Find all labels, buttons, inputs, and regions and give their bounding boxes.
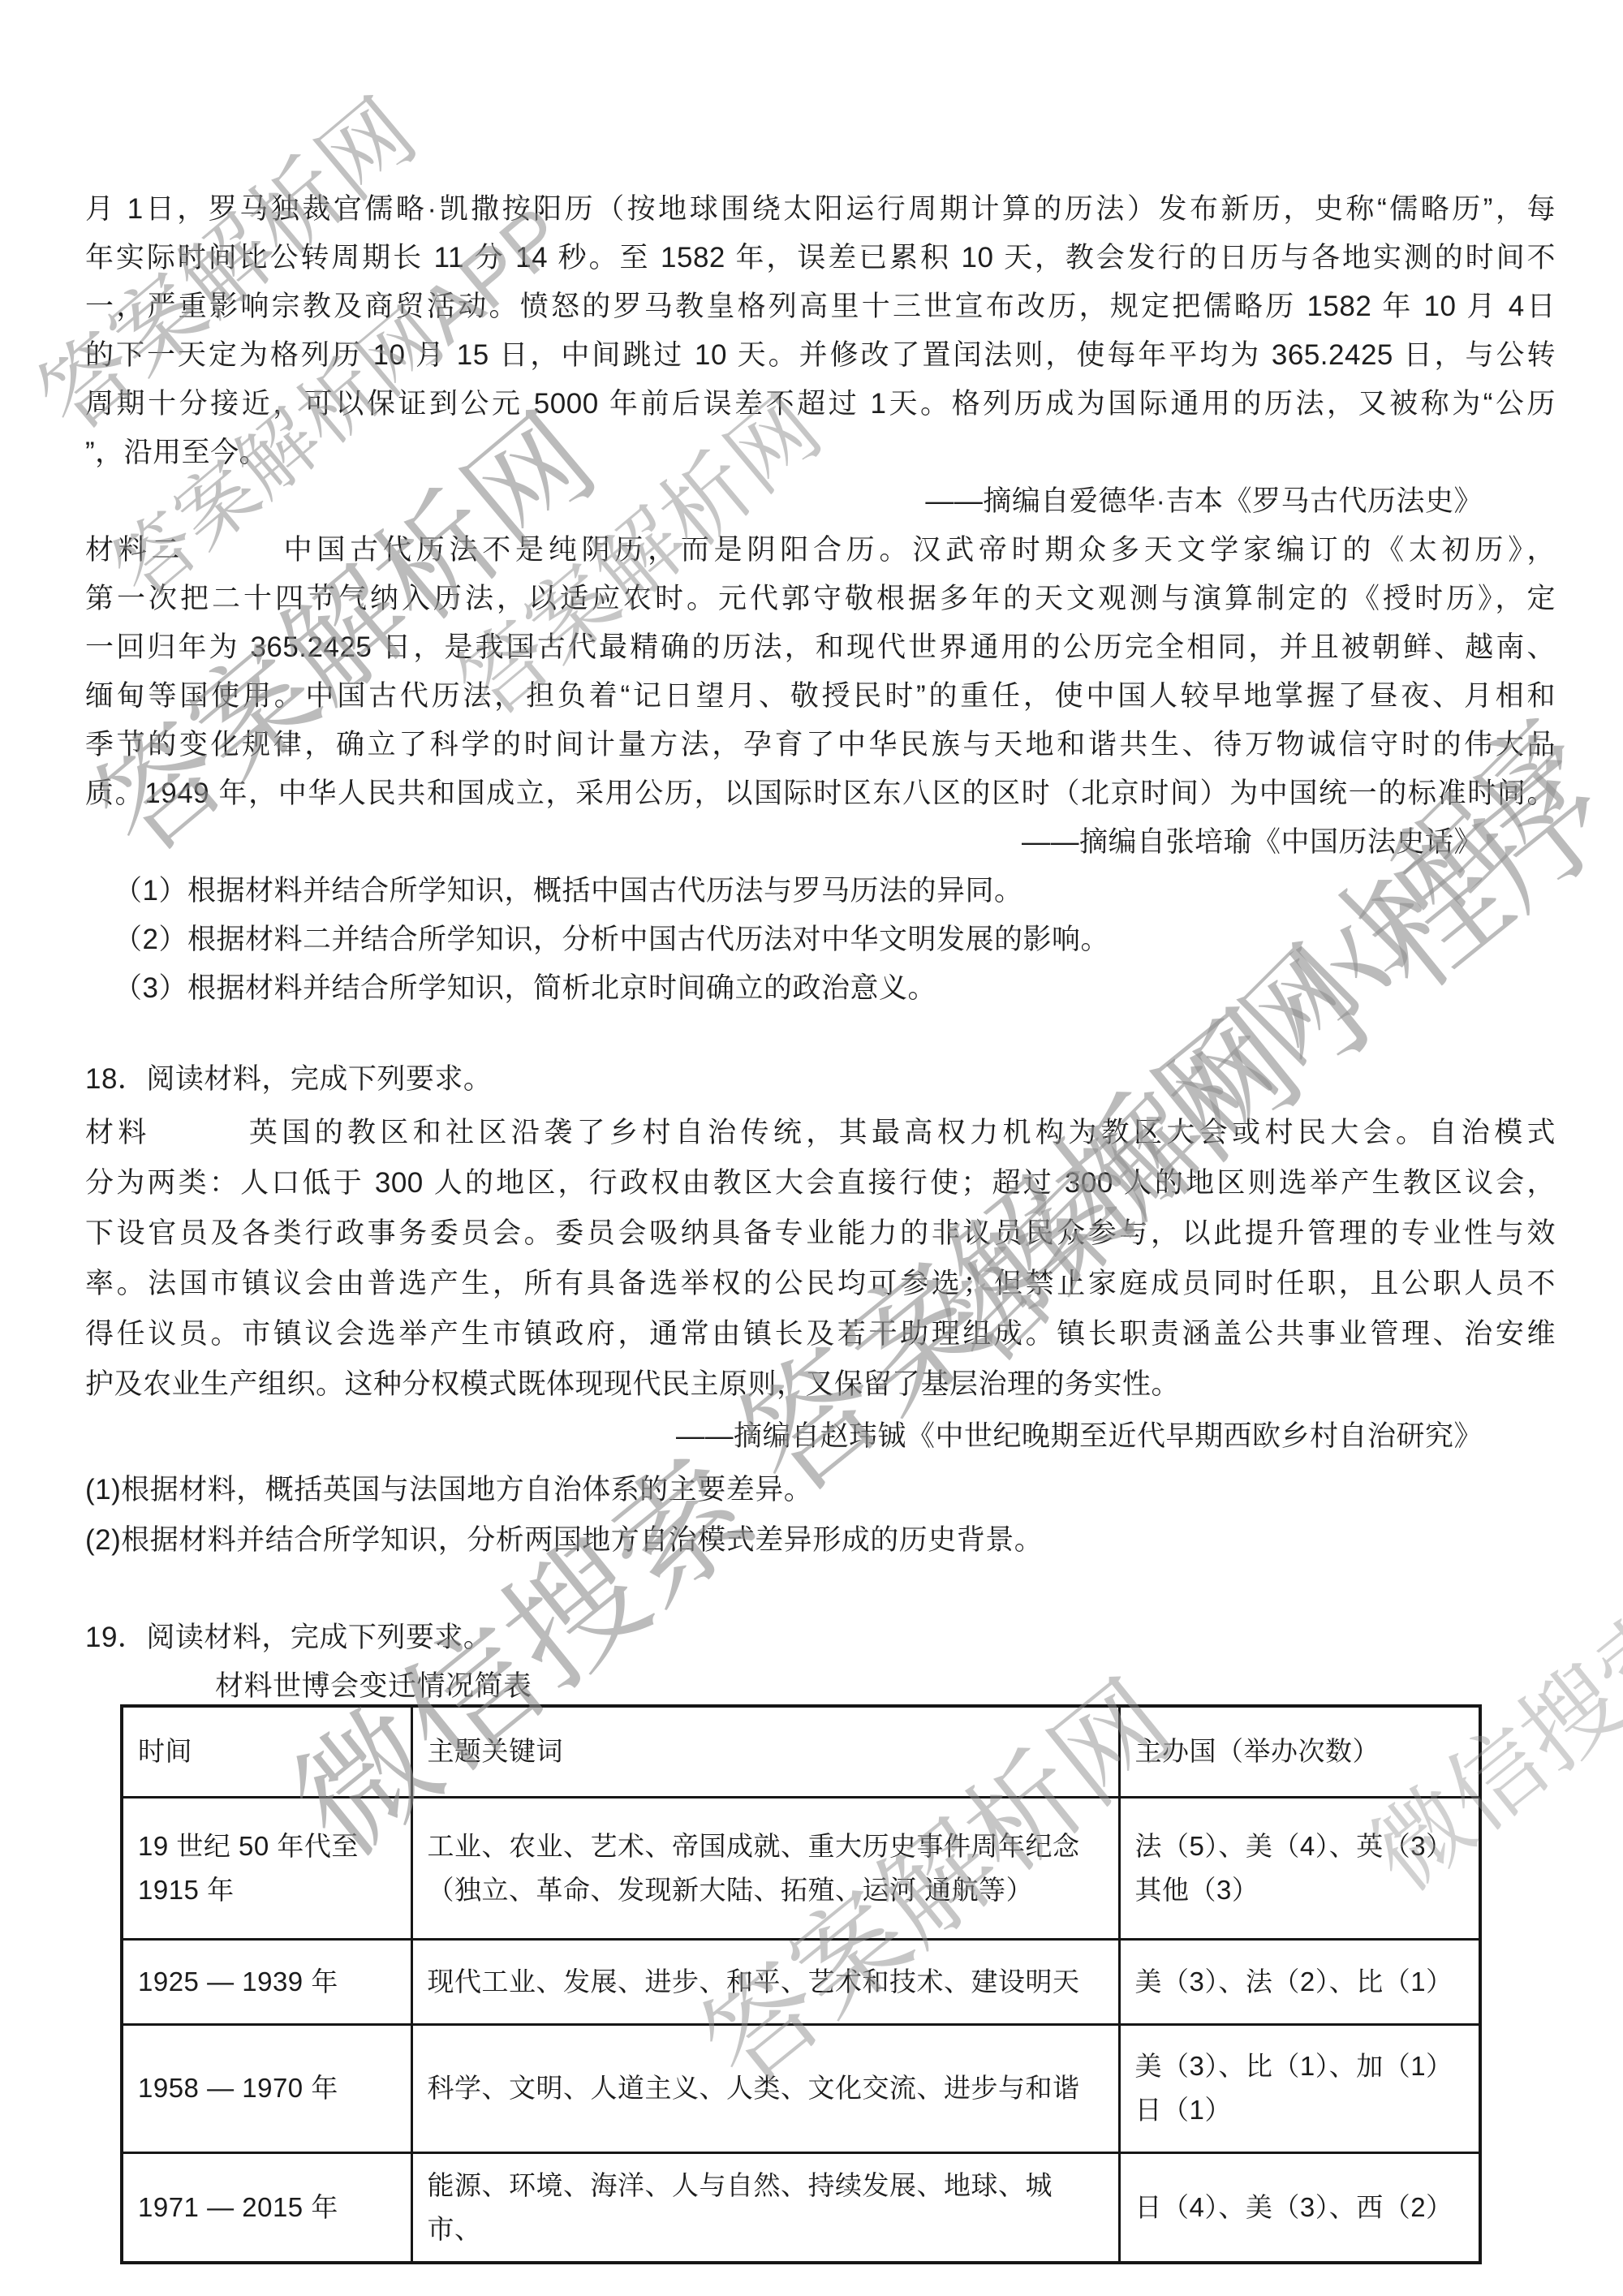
text-line: ”，沿用至今。 — [85, 429, 1556, 477]
text-line: (2)根据材料并结合所学知识，分析两国地方自治模式差异形成的历史背景。 — [85, 1515, 1556, 1566]
expo-history-table: 时间主题关键词主办国（举办次数）19 世纪 50 年代至 1915 年工业、农业… — [120, 1704, 1482, 2264]
table-row: 1971 — 2015 年能源、环境、海洋、人与自然、持续发展、地球、城市、日（… — [122, 2152, 1480, 2263]
text-line: 质。1949 年，中华人民共和国成立，采用公历，以国际时区东八区的区时（北京时间… — [85, 769, 1556, 818]
table-cell: 1971 — 2015 年 — [122, 2152, 411, 2263]
text-line: 缅甸等国使用。中国古代历法，担负着“记日望月、敬授民时”的重任，使中国人较早地掌… — [85, 672, 1556, 721]
q17-subquestions: （1）根据材料并结合所学知识，概括中国古代历法与罗马历法的异同。（2）根据材料二… — [85, 867, 1556, 1013]
table-cell: 能源、环境、海洋、人与自然、持续发展、地球、城市、 — [411, 2152, 1119, 2263]
table-row: 19 世纪 50 年代至 1915 年工业、农业、艺术、帝国成就、重大历史事件周… — [122, 1797, 1480, 1939]
text-line: 材料 英国的教区和社区沿袭了乡村自治传统，其最高权力机构为教区大会或村民大会。自… — [85, 1108, 1556, 1158]
table-cell: 1958 — 1970 年 — [122, 2024, 411, 2152]
q18-subquestions: (1)根据材料，概括英国与法国地方自治体系的主要差异。(2)根据材料并结合所学知… — [85, 1465, 1556, 1566]
text-line: （2）根据材料二并结合所学知识，分析中国古代历法对中华文明发展的影响。 — [85, 915, 1556, 964]
text-line: 第一次把二十四节气纳入历法，以适应农时。元代郭守敬根据多年的天文观测与演算制定的… — [85, 575, 1556, 623]
q19-heading: 19．阅读材料，完成下列要求。 — [85, 1613, 1556, 1662]
text-line: 的下一天定为格列历 10 月 15 日，中间跳过 10 天。并修改了置闰法则，使… — [85, 331, 1556, 380]
table-header-cell: 主题关键词 — [411, 1706, 1119, 1797]
text-line: 年实际时间比公转周期长 11 分 14 秒。至 1582 年，误差已累积 10 … — [85, 234, 1556, 282]
exam-paper-page: 月 1日，罗马独裁官儒略·凯撒按阳历（按地球围绕太阳运行周期计算的历法）发布新历… — [0, 0, 1623, 2296]
text-line: (1)根据材料，概括英国与法国地方自治体系的主要差异。 — [85, 1465, 1556, 1515]
table-cell: 美（3）、比（1）、加（1）日（1） — [1119, 2024, 1480, 2152]
table-row: 1958 — 1970 年科学、文明、人道主义、人类、文化交流、进步与和谐美（3… — [122, 2024, 1480, 2152]
table-row: 1925 — 1939 年现代工业、发展、进步、和平、艺术和技术、建设明天美（3… — [122, 1939, 1480, 2024]
text-line: （1）根据材料并结合所学知识，概括中国古代历法与罗马历法的异同。 — [85, 867, 1556, 915]
table-header-cell: 主办国（举办次数） — [1119, 1706, 1480, 1797]
expo-table-body: 时间主题关键词主办国（举办次数）19 世纪 50 年代至 1915 年工业、农业… — [122, 1706, 1480, 2263]
q17-material1-paragraph: 月 1日，罗马独裁官儒略·凯撒按阳历（按地球围绕太阳运行周期计算的历法）发布新历… — [85, 185, 1556, 477]
text-line: 护及农业生产组织。这种分权模式既体现现代民主原则，又保留了基层治理的务实性。 — [85, 1359, 1556, 1410]
table-cell: 工业、农业、艺术、帝国成就、重大历史事件周年纪念（独立、革命、发现新大陆、拓殖、… — [411, 1797, 1119, 1939]
table-cell: 现代工业、发展、进步、和平、艺术和技术、建设明天 — [411, 1939, 1119, 2024]
text-line: 下设官员及各类行政事务委员会。委员会吸纳具备专业能力的非议员民众参与，以此提升管… — [85, 1208, 1556, 1259]
table-cell: 美（3）、法（2）、比（1） — [1119, 1939, 1480, 2024]
text-line: 周期十分接近，可以保证到公元 5000 年前后误差不超过 1天。格列历成为国际通… — [85, 380, 1556, 429]
q17-source1-citation: ——摘编自爱德华·吉本《罗马古代历法史》 — [85, 477, 1556, 526]
table-header-cell: 时间 — [122, 1706, 411, 1797]
q19-table-caption: 材料世博会变迁情况简表 — [215, 1662, 1513, 1711]
q17-material2-paragraph: 材料二 中国古代历法不是纯阴历，而是阴阳合历。汉武帝时期众多天文学家编订的《太初… — [85, 526, 1556, 818]
text-line: 季节的变化规律，确立了科学的时间计量方法，孕育了中华民族与天地和谐共生、待万物诚… — [85, 721, 1556, 769]
q18-source-citation: ——摘编自赵玮铖《中世纪晚期至近代早期西欧乡村自治研究》 — [85, 1412, 1556, 1461]
text-line: 一，严重影响宗教及商贸活动。愤怒的罗马教皇格列高里十三世宣布改历，规定把儒略历 … — [85, 282, 1556, 331]
table-cell: 科学、文明、人道主义、人类、文化交流、进步与和谐 — [411, 2024, 1119, 2152]
text-line: 率。法国市镇议会由普选产生，所有具备选举权的公民均可参选；但禁止家庭成员同时任职… — [85, 1259, 1556, 1309]
text-line: 月 1日，罗马独裁官儒略·凯撒按阳历（按地球围绕太阳运行周期计算的历法）发布新历… — [85, 185, 1556, 234]
table-cell: 日（4）、美（3）、西（2） — [1119, 2152, 1480, 2263]
text-line: 一回归年为 365.2425 日，是我国古代最精确的历法，和现代世界通用的公历完… — [85, 623, 1556, 672]
table-cell: 法（5）、美（4）、英（3）其他（3） — [1119, 1797, 1480, 1939]
q18-heading: 18．阅读材料，完成下列要求。 — [85, 1055, 1556, 1104]
text-line: 得任议员。市镇议会选举产生市镇政府，通常由镇长及若干助理组成。镇长职责涵盖公共事… — [85, 1309, 1556, 1359]
text-line: （3）根据材料并结合所学知识，简析北京时间确立的政治意义。 — [85, 964, 1556, 1013]
q18-material-paragraph: 材料 英国的教区和社区沿袭了乡村自治传统，其最高权力机构为教区大会或村民大会。自… — [85, 1108, 1556, 1410]
table-header-row: 时间主题关键词主办国（举办次数） — [122, 1706, 1480, 1797]
table-cell: 19 世纪 50 年代至 1915 年 — [122, 1797, 411, 1939]
table-cell: 1925 — 1939 年 — [122, 1939, 411, 2024]
text-line: 材料二 中国古代历法不是纯阴历，而是阴阳合历。汉武帝时期众多天文学家编订的《太初… — [85, 526, 1556, 575]
text-line: 分为两类：人口低于 300 人的地区，行政权由教区大会直接行使；超过 300 人… — [85, 1158, 1556, 1208]
q17-source2-citation: ——摘编自张培瑜《中国历法史话》 — [85, 818, 1556, 867]
